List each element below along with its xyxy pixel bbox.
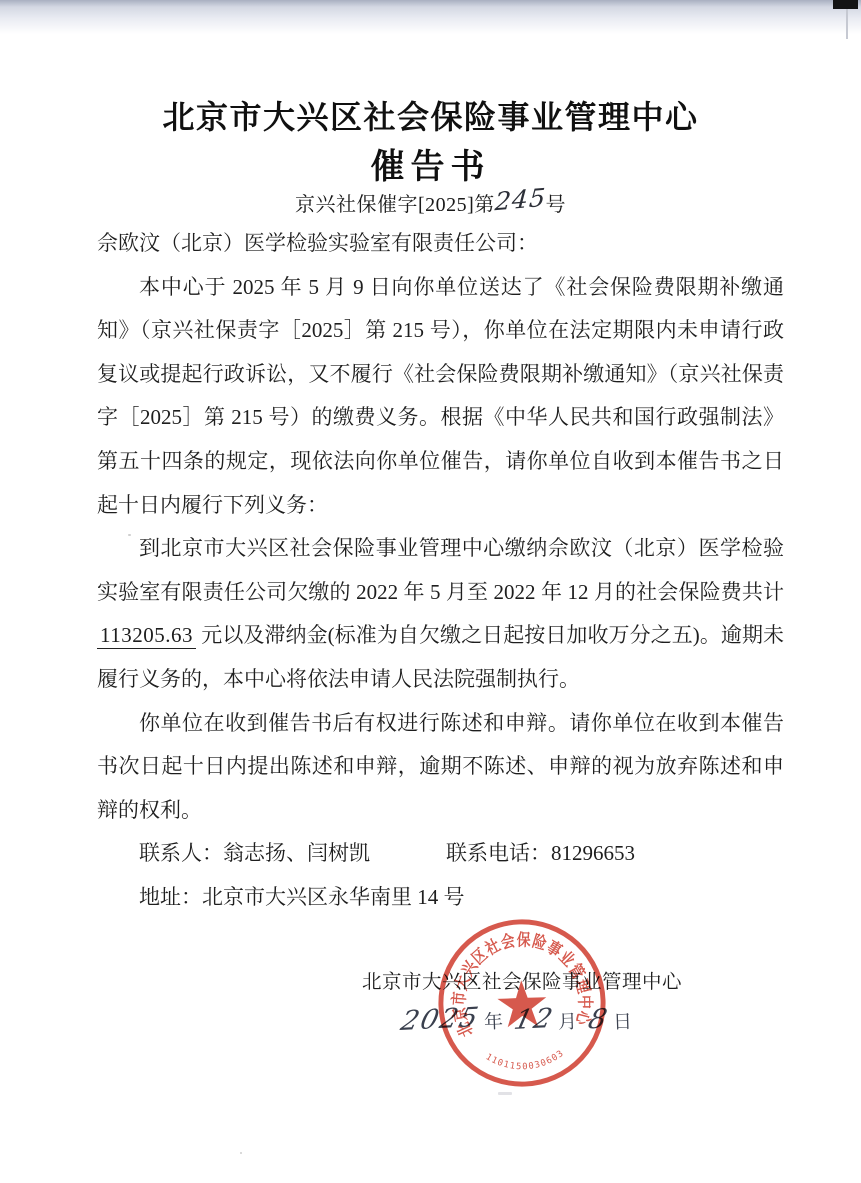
contact-phone: 联系电话：81296653 xyxy=(446,841,635,865)
address-line: 地址：北京市大兴区永华南里 14 号 xyxy=(97,876,784,920)
body-paragraph-3: 你单位在收到催告书后有权进行陈述和申辩。请你单位在收到本催告书次日起十日内提出陈… xyxy=(97,702,784,833)
scan-corner-mark xyxy=(833,0,858,9)
document-number-suffix: 号 xyxy=(546,194,567,216)
official-seal: 北京市大兴区社会保险事业管理中心 1101150030603 xyxy=(430,911,614,1095)
document-number-line: 京兴社保催字[2025]第245号 xyxy=(0,188,861,217)
svg-text:1101150030603: 1101150030603 xyxy=(483,1048,566,1074)
issuing-org-title: 北京市大兴区社会保险事业管理中心 xyxy=(0,92,861,138)
contact-line: 联系人：翁志扬、闫树凯联系电话：81296653 xyxy=(97,832,784,876)
seal-code-digits: 1101150030603 xyxy=(483,1048,566,1074)
owed-amount-underlined: 113205.63 xyxy=(97,623,196,649)
contact-person: 联系人：翁志扬、闫树凯 xyxy=(139,841,370,865)
body-paragraph-2: 到北京市大兴区社会保险事业管理中心缴纳佘欧汶（北京）医学检验实验室有限责任公司欠… xyxy=(97,527,784,701)
paragraph-2-text-before: 到北京市大兴区社会保险事业管理中心缴纳佘欧汶（北京）医学检验实验室有限责任公司欠… xyxy=(97,536,784,604)
scan-corner-streak xyxy=(846,9,848,39)
recipient-line: 佘欧汶（北京）医学检验实验室有限责任公司： xyxy=(97,222,784,266)
document-number-prefix: 京兴社保催字[2025]第 xyxy=(295,194,495,216)
body-paragraph-1: 本中心于 2025 年 5 月 9 日向你单位送达了《社会保险费限期补缴通知》（… xyxy=(97,266,784,528)
paragraph-2-text-after: 元以及滞纳金(标准为自欠缴之日起按日加收万分之五)。逾期未履行义务的，本中心将依… xyxy=(97,623,784,691)
handwritten-document-number: 245 xyxy=(494,183,547,216)
letter-body: 佘欧汶（北京）医学检验实验室有限责任公司： 本中心于 2025 年 5 月 9 … xyxy=(97,222,784,920)
scan-speck xyxy=(240,1152,242,1154)
star-icon xyxy=(497,979,547,1027)
document-title: 催告书 xyxy=(0,139,861,188)
scan-top-shadow xyxy=(0,0,861,34)
day-label: 日 xyxy=(613,1007,633,1035)
scanned-document-page: 北京市大兴区社会保险事业管理中心 催告书 京兴社保催字[2025]第245号 佘… xyxy=(0,0,861,1183)
